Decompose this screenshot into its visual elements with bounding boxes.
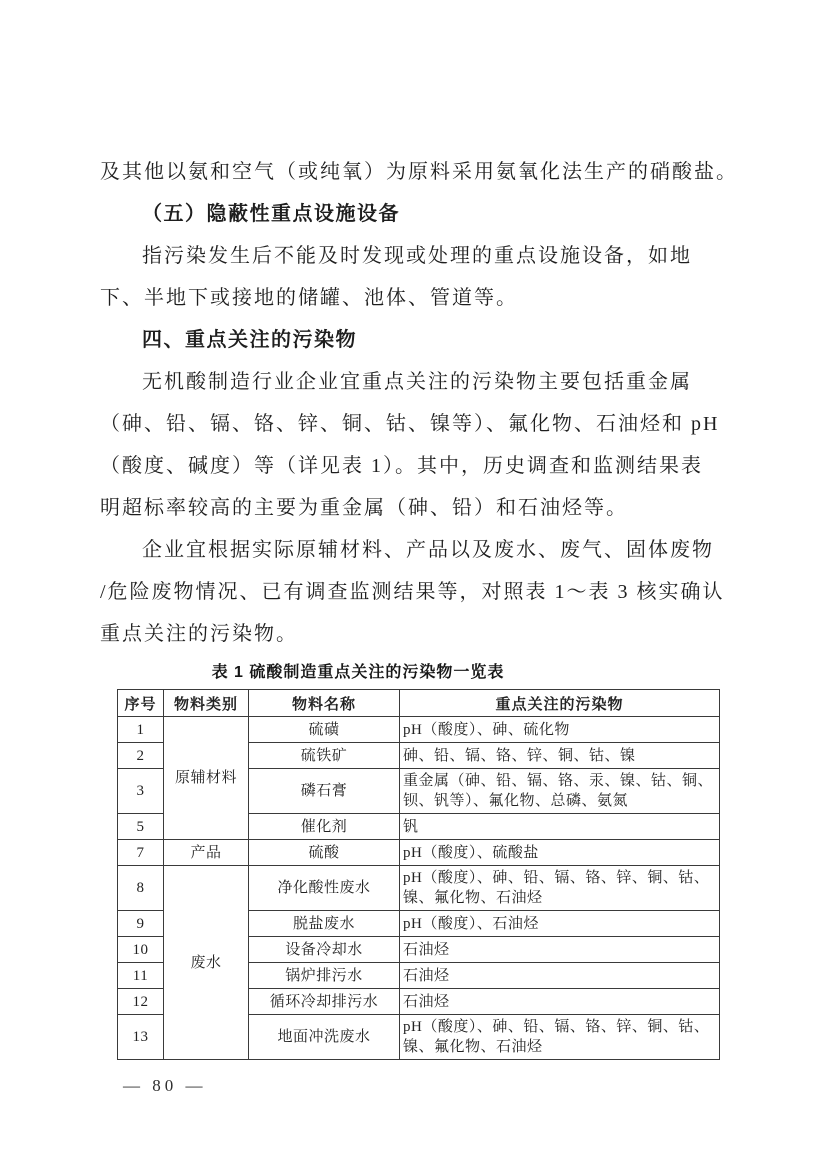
table-cell-seq: 13 xyxy=(118,1015,164,1060)
body-line: （砷、铅、镉、铬、锌、铜、钴、镍等）、氟化物、石油烃和 pH xyxy=(100,403,738,445)
body-text: 及其他以氨和空气（或纯氧）为原料采用氨氧化法生产的硝酸盐。 （五）隐蔽性重点设施… xyxy=(100,151,738,655)
table-cell-pollutants: 石油烃 xyxy=(400,937,720,963)
header-name: 物料名称 xyxy=(249,690,400,717)
table-cell-name: 硫酸 xyxy=(249,840,400,866)
table-cell-seq: 12 xyxy=(118,989,164,1015)
table-cell-seq: 1 xyxy=(118,717,164,743)
table-cell-category: 原辅材料 xyxy=(164,717,249,840)
header-category: 物料类别 xyxy=(164,690,249,717)
table-cell-pollutants: 重金属（砷、铅、镉、铬、汞、镍、钴、铜、钡、钒等）、氟化物、总磷、氨氮 xyxy=(400,769,720,814)
table-header-row: 序号 物料类别 物料名称 重点关注的污染物 xyxy=(118,690,720,717)
table-cell-name: 地面冲洗废水 xyxy=(249,1015,400,1060)
table-cell-name: 脱盐废水 xyxy=(249,911,400,937)
body-line: /危险废物情况、已有调查监测结果等，对照表 1～表 3 核实确认 xyxy=(100,571,738,613)
body-line: 下、半地下或接地的储罐、池体、管道等。 xyxy=(100,277,738,319)
table-cell-seq: 3 xyxy=(118,769,164,814)
table-cell-seq: 10 xyxy=(118,937,164,963)
table-cell-seq: 7 xyxy=(118,840,164,866)
table-cell-name: 磷石膏 xyxy=(249,769,400,814)
table-cell-category: 废水 xyxy=(164,866,249,1060)
table-cell-name: 锅炉排污水 xyxy=(249,963,400,989)
table-cell-name: 净化酸性废水 xyxy=(249,866,400,911)
pollutant-table: 序号 物料类别 物料名称 重点关注的污染物 1 原辅材料 硫磺 pH（酸度）、砷… xyxy=(117,689,720,1060)
table-row: 8 废水 净化酸性废水 pH（酸度）、砷、铅、镉、铬、锌、铜、钴、镍、氟化物、石… xyxy=(118,866,720,911)
table-cell-name: 设备冷却水 xyxy=(249,937,400,963)
table-cell-pollutants: 砷、铅、镉、铬、锌、铜、钴、镍 xyxy=(400,743,720,769)
table-cell-seq: 8 xyxy=(118,866,164,911)
body-line: 指污染发生后不能及时发现或处理的重点设施设备，如地 xyxy=(100,235,738,277)
table-cell-pollutants: 钒 xyxy=(400,814,720,840)
document-page: 及其他以氨和空气（或纯氧）为原料采用氨氧化法生产的硝酸盐。 （五）隐蔽性重点设施… xyxy=(0,0,826,1169)
table-cell-seq: 9 xyxy=(118,911,164,937)
table-row: 7 产品 硫酸 pH（酸度）、硫酸盐 xyxy=(118,840,720,866)
table-cell-name: 催化剂 xyxy=(249,814,400,840)
table-cell-pollutants: pH（酸度）、砷、铅、镉、铬、锌、铜、钴、镍、氟化物、石油烃 xyxy=(400,1015,720,1060)
table-cell-seq: 5 xyxy=(118,814,164,840)
table-cell-category: 产品 xyxy=(164,840,249,866)
section-heading: （五）隐蔽性重点设施设备 xyxy=(100,193,738,235)
table-row: 1 原辅材料 硫磺 pH（酸度）、砷、硫化物 xyxy=(118,717,720,743)
table-cell-pollutants: 石油烃 xyxy=(400,963,720,989)
body-line: （酸度、碱度）等（详见表 1）。其中，历史调查和监测结果表 xyxy=(100,445,738,487)
body-line: 无机酸制造行业企业宜重点关注的污染物主要包括重金属 xyxy=(100,361,738,403)
table-cell-name: 硫铁矿 xyxy=(249,743,400,769)
header-seq: 序号 xyxy=(118,690,164,717)
table-cell-pollutants: pH（酸度）、石油烃 xyxy=(400,911,720,937)
table-cell-name: 循环冷却排污水 xyxy=(249,989,400,1015)
table-cell-seq: 11 xyxy=(118,963,164,989)
table-cell-seq: 2 xyxy=(118,743,164,769)
table-cell-name: 硫磺 xyxy=(249,717,400,743)
table-cell-pollutants: pH（酸度）、砷、硫化物 xyxy=(400,717,720,743)
table-cell-pollutants: pH（酸度）、砷、铅、镉、铬、锌、铜、钴、镍、氟化物、石油烃 xyxy=(400,866,720,911)
page-number: — 80 — xyxy=(123,1074,207,1098)
table-caption: 表 1 硫酸制造重点关注的污染物一览表 xyxy=(117,659,599,682)
body-line: 企业宜根据实际原辅材料、产品以及废水、废气、固体废物 xyxy=(100,529,738,571)
body-line: 明超标率较高的主要为重金属（砷、铅）和石油烃等。 xyxy=(100,487,738,529)
header-pollutants: 重点关注的污染物 xyxy=(400,690,720,717)
table-cell-pollutants: 石油烃 xyxy=(400,989,720,1015)
section-heading: 四、重点关注的污染物 xyxy=(100,319,738,361)
body-line: 重点关注的污染物。 xyxy=(100,613,738,655)
table-cell-pollutants: pH（酸度）、硫酸盐 xyxy=(400,840,720,866)
body-line: 及其他以氨和空气（或纯氧）为原料采用氨氧化法生产的硝酸盐。 xyxy=(100,151,738,193)
